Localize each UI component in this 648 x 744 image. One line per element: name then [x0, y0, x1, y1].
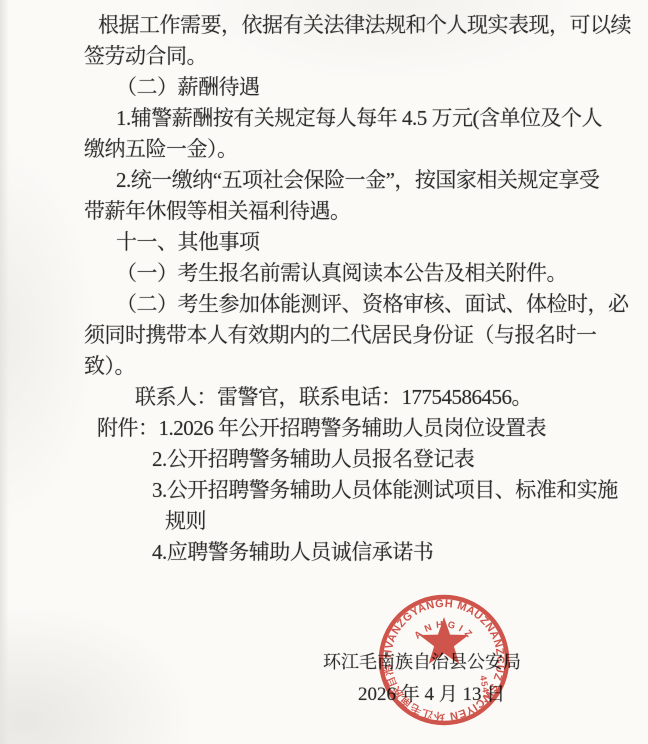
- signature-date: 2026 年 4 月 13 日: [358, 682, 505, 708]
- doc-line: 2.统一缴纳“五项社会保险一金”，按国家相关规定享受: [84, 165, 644, 196]
- doc-line: 带薪年休假等相关福利待遇。: [84, 196, 644, 227]
- doc-line: 1.辅警薪酬按有关规定每人每年 4.5 万元(含单位及个人: [84, 103, 644, 134]
- seal-inner-arc-text: ANHGIZ: [412, 619, 476, 642]
- doc-line-attachment-2: 2.公开招聘警务辅助人员报名登记表: [84, 444, 644, 475]
- doc-line-section-heading: （二）薪酬待遇: [84, 72, 644, 103]
- doc-line-attachment-3: 3.公开招聘警务辅助人员体能测试项目、标准和实施: [84, 475, 644, 506]
- signature-agency-name: 环江毛南族自治县公安局: [323, 649, 521, 675]
- doc-line: 须同时携带本人有效期内的二代居民身份证（与报名时一: [84, 320, 644, 351]
- doc-line: 缴纳五险一金）。: [84, 134, 644, 165]
- document-body: 根据工作需要，依据有关法律法规和个人现实表现，可以续 签劳动合同。 （二）薪酬待…: [84, 10, 644, 568]
- scanned-document-page: 根据工作需要，依据有关法律法规和个人现实表现，可以续 签劳动合同。 （二）薪酬待…: [0, 0, 648, 744]
- doc-line: （一）考生报名前需认真阅读本公告及相关附件。: [84, 258, 644, 289]
- doc-line-attachment-3-cont: 规则: [84, 506, 644, 537]
- doc-line: 致）。: [84, 351, 644, 382]
- doc-line-attachment-4: 4.应聘警务辅助人员诚信承诺书: [84, 537, 644, 568]
- doc-line-section-heading: 十一、其他事项: [84, 227, 644, 258]
- doc-line: （二）考生参加体能测评、资格审核、面试、体检时，必: [84, 289, 644, 320]
- doc-line-attachment-1: 附件：1.2026 年公开招聘警务辅助人员岗位设置表: [84, 413, 644, 444]
- doc-line: 签劳动合同。: [84, 41, 644, 72]
- doc-line: 根据工作需要，依据有关法律法规和个人现实表现，可以续: [84, 10, 644, 41]
- doc-line-contact-info: 联系人：雷警官，联系电话：17754586456。: [84, 382, 644, 413]
